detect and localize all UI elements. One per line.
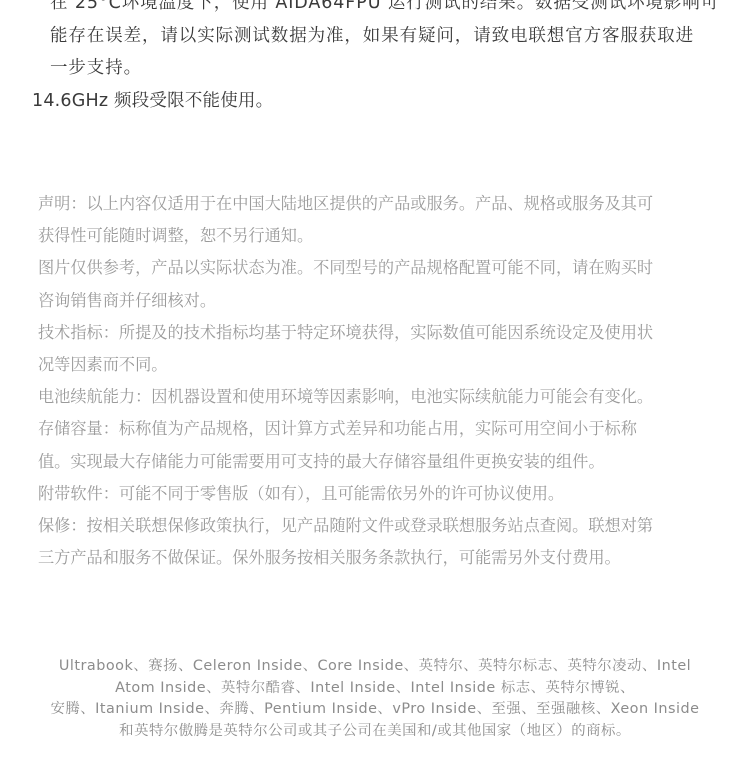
legal-battery-life: 电池续航能力：因机器设置和使用环境等因素影响，电池实际续航能力可能会有变化。 <box>38 381 728 413</box>
legal-line: 存储容量：标称值为产品规格，因计算方式差异和功能占用，实际可用空间小于标称 <box>38 413 728 445</box>
legal-line: 保修：按相关联想保修政策执行，见产品随附文件或登录联想服务站点查阅。联想对第 <box>38 510 728 542</box>
trademark-line: Atom Inside、英特尔酷睿、Intel Inside、Intel Ins… <box>0 678 750 700</box>
note-frequency-band: 14.6GHz 频段受限不能使用。 <box>0 85 750 118</box>
legal-line: 图片仅供参考，产品以实际状态为准。不同型号的产品规格配置可能不同，请在购买时 <box>38 252 728 284</box>
legal-bundled-software: 附带软件：可能不同于零售版（如有），且可能需依另外的许可协议使用。 <box>38 478 728 510</box>
legal-line: 技术指标：所提及的技术指标均基于特定环境获得，实际数值可能因系统设定及使用状 <box>38 317 728 349</box>
note-test-disclaimer: 在 25°C环境温度下，使用 AIDA64FPU 运行测试的结果。数据受测试环境… <box>0 0 730 85</box>
legal-line: 咨询销售商并仔细核对。 <box>38 285 728 317</box>
legal-line: 附带软件：可能不同于零售版（如有），且可能需依另外的许可协议使用。 <box>38 478 728 510</box>
legal-line: 声明：以上内容仅适用于在中国大陆地区提供的产品或服务。产品、规格或服务及其可 <box>38 188 728 220</box>
trademark-line: Ultrabook、赛扬、Celeron Inside、Core Inside、… <box>0 656 750 678</box>
legal-line: 获得性可能随时调整，恕不另行通知。 <box>38 220 728 252</box>
note-line: 能存在误差，请以实际测试数据为准，如果有疑问，请致电联想官方客服获取进 <box>50 20 730 53</box>
trademark-line: 安腾、Itanium Inside、奔腾、Pentium Inside、vPro… <box>0 699 750 721</box>
note-line: 一步支持。 <box>50 52 730 85</box>
legal-line: 三方产品和服务不做保证。保外服务按相关服务条款执行，可能需另外支付费用。 <box>38 542 728 574</box>
legal-technical-specs: 技术指标：所提及的技术指标均基于特定环境获得，实际数值可能因系统设定及使用状 况… <box>38 317 728 381</box>
product-notes: 在 25°C环境温度下，使用 AIDA64FPU 运行测试的结果。数据受测试环境… <box>0 0 750 117</box>
note-line: 在 25°C环境温度下，使用 AIDA64FPU 运行测试的结果。数据受测试环境… <box>50 0 730 20</box>
legal-storage-capacity: 存储容量：标称值为产品规格，因计算方式差异和功能占用，实际可用空间小于标称 值。… <box>38 413 728 477</box>
legal-line: 况等因素而不同。 <box>38 349 728 381</box>
trademark-notice: Ultrabook、赛扬、Celeron Inside、Core Inside、… <box>0 656 750 742</box>
legal-warranty: 保修：按相关联想保修政策执行，见产品随附文件或登录联想服务站点查阅。联想对第 三… <box>38 510 728 574</box>
legal-disclaimer: 声明：以上内容仅适用于在中国大陆地区提供的产品或服务。产品、规格或服务及其可 获… <box>38 188 728 574</box>
legal-line: 电池续航能力：因机器设置和使用环境等因素影响，电池实际续航能力可能会有变化。 <box>38 381 728 413</box>
legal-statement: 声明：以上内容仅适用于在中国大陆地区提供的产品或服务。产品、规格或服务及其可 获… <box>38 188 728 252</box>
trademark-line: 和英特尔傲腾是英特尔公司或其子公司在美国和/或其他国家（地区）的商标。 <box>0 721 750 743</box>
legal-line: 值。实现最大存储能力可能需要用可支持的最大存储容量组件更换安装的组件。 <box>38 446 728 478</box>
legal-image-reference: 图片仅供参考，产品以实际状态为准。不同型号的产品规格配置可能不同，请在购买时 咨… <box>38 252 728 316</box>
